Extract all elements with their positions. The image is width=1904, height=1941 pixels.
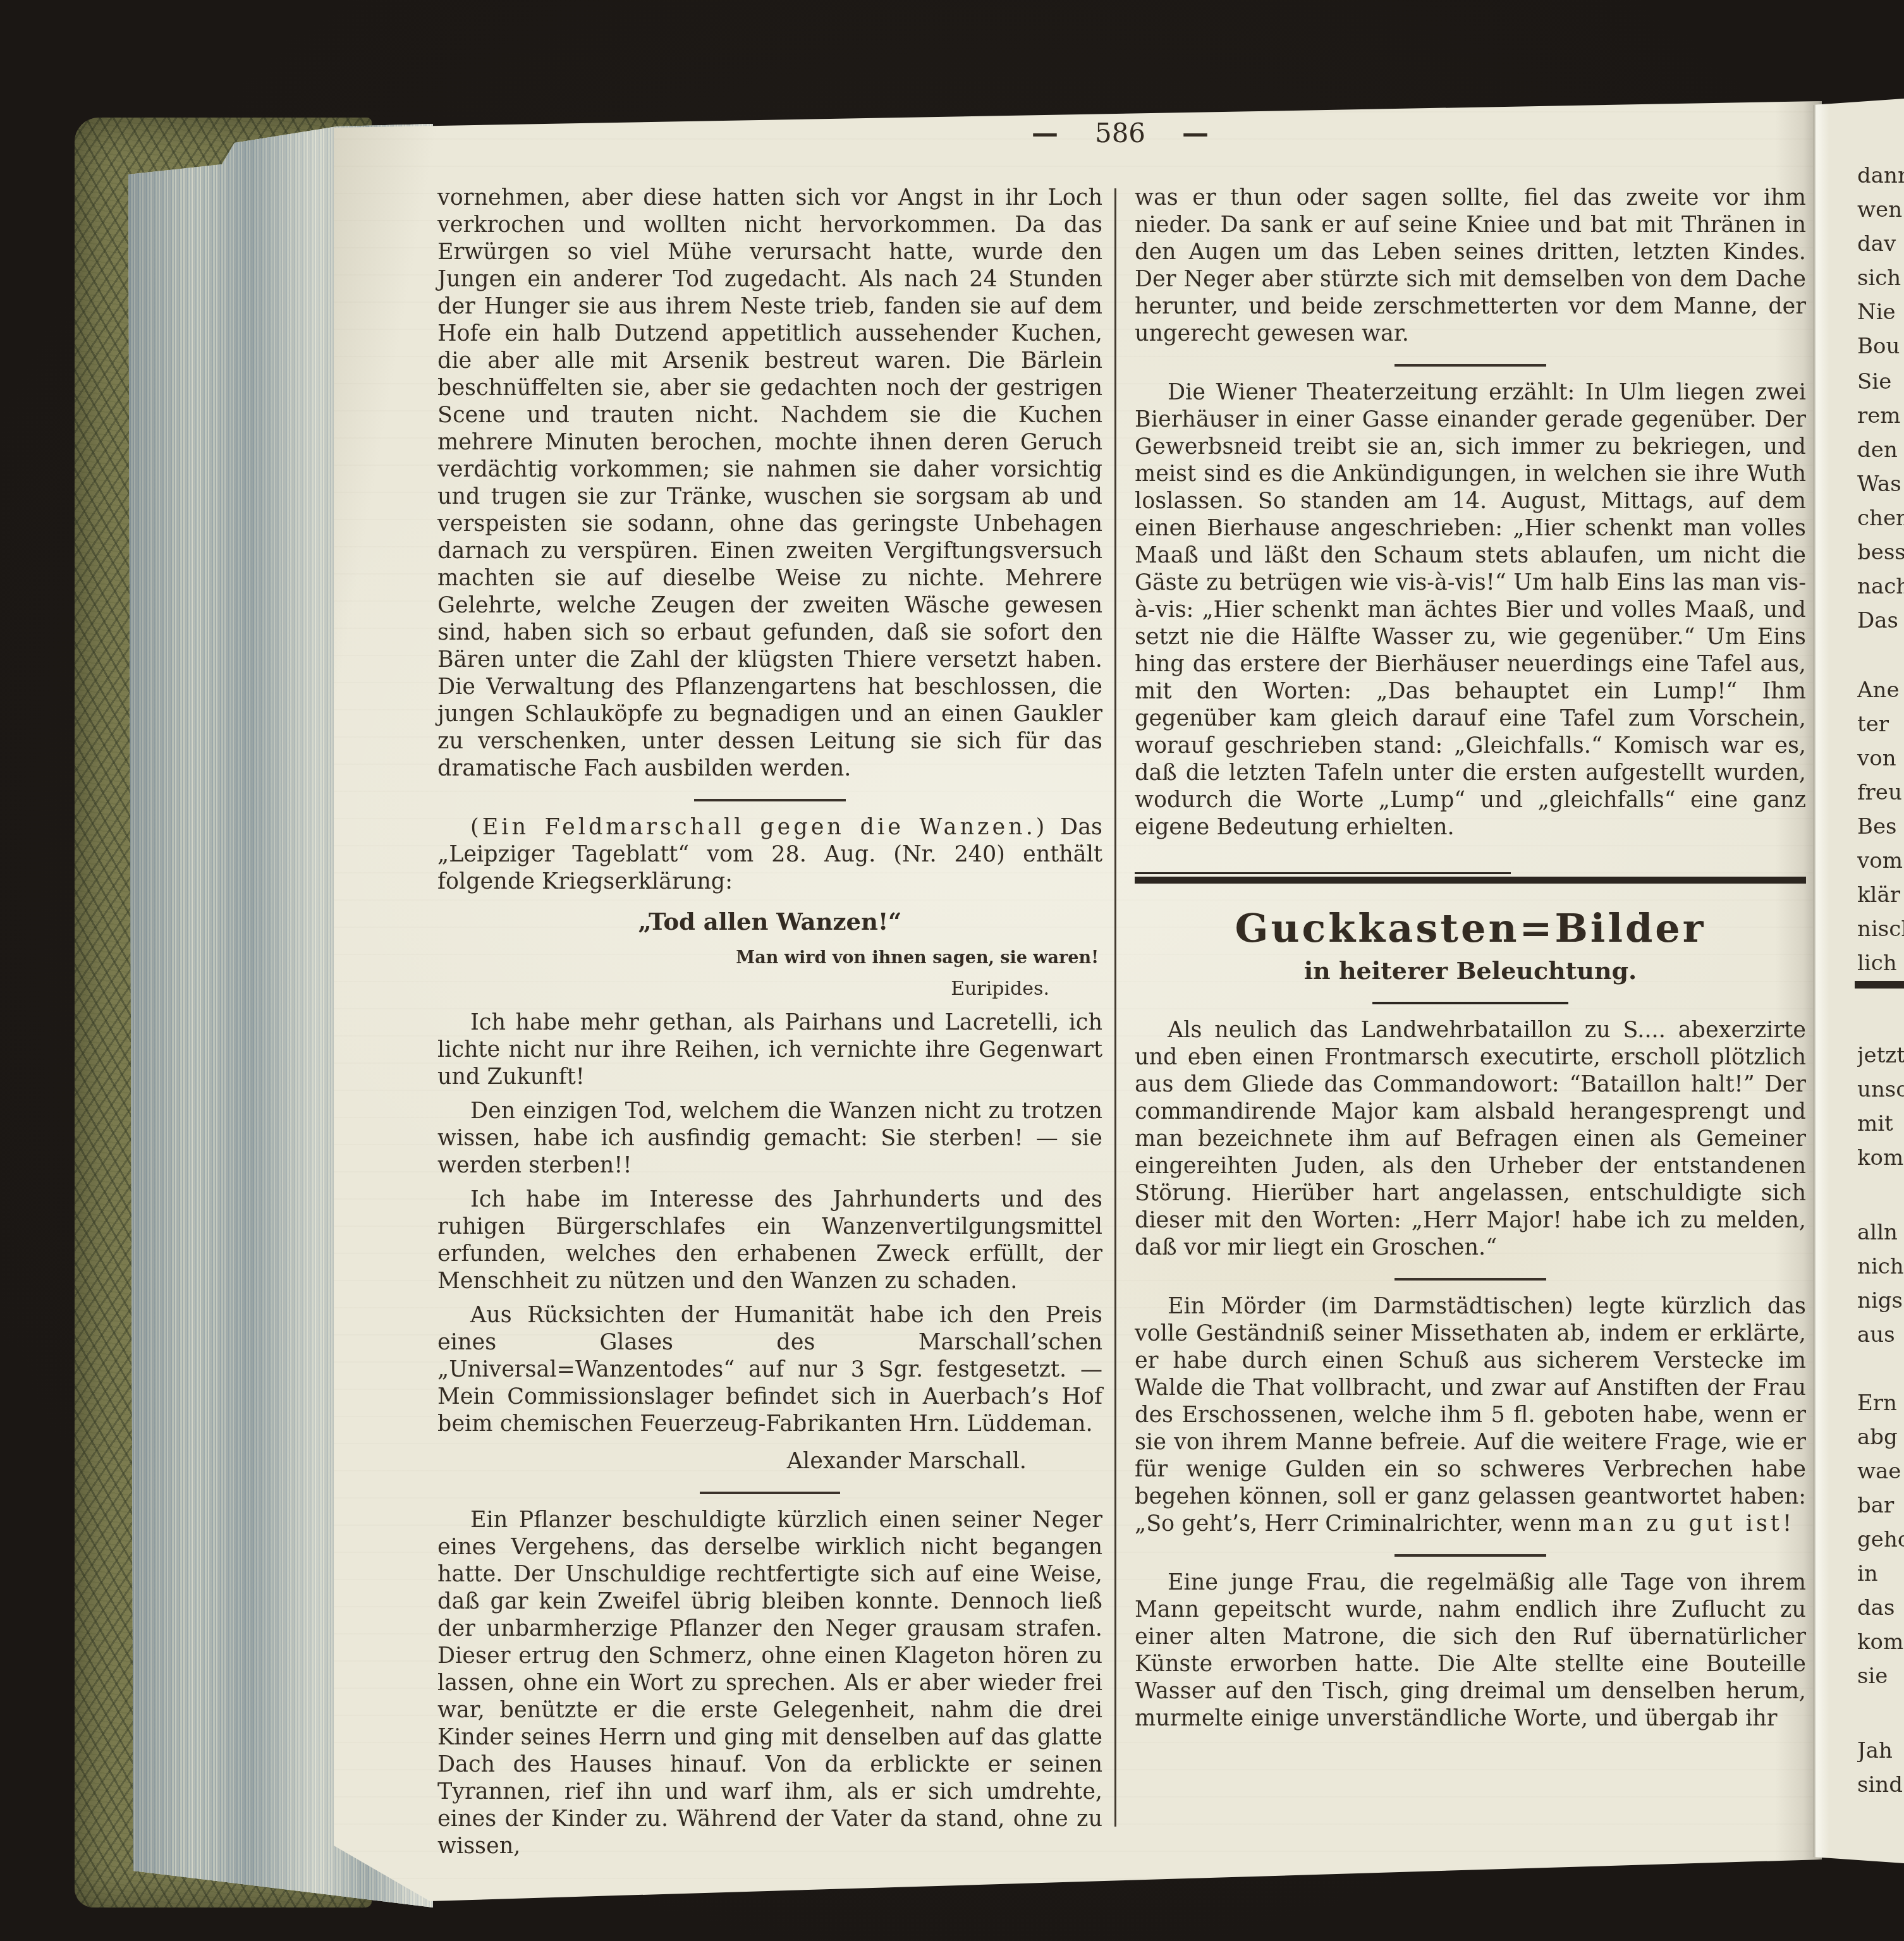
section-title: Guckkasten=Bilder [1135,906,1806,951]
next-page-text-fragment: unsch [1857,1077,1904,1102]
next-page-text-fragment: bar [1857,1493,1894,1518]
next-page-text-fragment: chen [1857,506,1904,531]
paragraph-planter: Ein Pflanzer beschuldigte kürzlich einen… [437,1507,1102,1860]
header-dash-left: — [1032,118,1058,149]
next-page-text-fragment: nach [1857,574,1904,599]
motto-attribution: Euripides. [437,975,1049,1002]
next-page-text-fragment: Ane [1857,678,1900,703]
next-page-text-fragment: bess [1857,540,1904,565]
next-page-text-fragment: klär [1857,882,1900,908]
next-page-text-fragment: geho [1857,1527,1904,1552]
paragraph-theaterzeitung: Die Wiener Theaterzeitung erzählt: In Ul… [1135,379,1806,841]
heading-underline-rule [1372,1002,1568,1004]
paragraph-declaration-1: Ich habe mehr gethan, als Pairhans und L… [437,1009,1102,1091]
section-separator-rule [694,799,846,801]
next-page-text-fragment: Sie [1857,369,1891,394]
next-page-text-fragment: aus [1857,1322,1895,1348]
next-page-text-fragment: nigs [1857,1288,1903,1313]
emphasized-closing-text: man zu gut ist! [1578,1511,1795,1536]
book-photo: — 586 — vornehmen, aber diese hatten sic… [0,0,1904,1941]
next-page-text-column: dannwendavsichNieBouSieremdenWaschenbess… [1857,0,1904,1941]
page-number-value: 586 [1095,118,1145,149]
next-page-text-fragment: wen [1857,197,1902,222]
next-page-text-fragment: wae [1857,1459,1901,1484]
signature-line: Alexander Marschall. [437,1448,1027,1475]
next-page-text-fragment: nich [1857,1254,1904,1279]
next-page-text-fragment: alln [1857,1220,1898,1245]
paragraph-bear-cubs: vornehmen, aber diese hatten sich vor An… [437,185,1102,782]
next-page-text-fragment: von [1857,746,1896,771]
next-page-text-fragment: sich [1857,265,1901,291]
motto-line: Man wird von ihnen sagen, sie waren! [437,944,1099,971]
header-dash-right: — [1182,118,1209,149]
next-page-text-fragment: kom [1857,1145,1903,1171]
next-page-text-fragment: rem [1857,403,1901,429]
column-divider-rule [1114,188,1116,1827]
page-number: — 586 — [931,118,1310,149]
next-page-text-fragment: jetzt [1857,1043,1904,1068]
next-page-text-fragment: kom [1857,1629,1903,1655]
paragraph-declaration-3: Ich habe im Interesse des Jahrhunderts u… [437,1186,1102,1295]
next-page-text-fragment: in [1857,1561,1878,1586]
next-page-text-fragment: Nie [1857,300,1896,325]
next-page-text-fragment: Ern [1857,1390,1897,1416]
next-page-text-fragment: Jah [1857,1738,1893,1763]
next-page-text-fragment: Was [1857,472,1901,497]
paragraph-text: Ein Mörder (im Darmstädtischen) legte kü… [1135,1294,1806,1536]
section-subtitle: in heiterer Beleuchtung. [1135,957,1806,984]
right-column: was er thun oder sagen sollte, fiel das … [1135,185,1806,1732]
section-separator-rule [1394,364,1546,367]
paragraph-junge-frau: Eine junge Frau, die regelmäßig alle Tag… [1135,1569,1806,1732]
section-separator-rule [700,1492,840,1494]
next-page-text-fragment: freu [1857,780,1902,805]
next-page-text-fragment: nisch [1857,916,1904,942]
next-page-text-fragment: vom [1857,848,1903,873]
proclamation-title: „Tod allen Wanzen!“ [437,908,1102,935]
paragraph-landwehr: Als neulich das Landwehrbataillon zu S..… [1135,1017,1806,1262]
paragraph-planter-continued: was er thun oder sagen sollte, fiel das … [1135,185,1806,348]
next-page-text-fragment: den [1857,437,1898,463]
next-page-text-fragment: sind [1857,1772,1903,1798]
next-page-text-fragment: Bes [1857,814,1897,839]
next-page-text-fragment: sie [1857,1664,1888,1689]
next-page-text-fragment: das [1857,1595,1895,1621]
next-page-text-fragment: Bou [1857,334,1900,359]
next-page-text-fragment: abg [1857,1425,1898,1450]
paragraph-declaration-2: Den einzigen Tod, welchem die Wanzen nic… [437,1098,1102,1179]
paragraph-declaration-4: Aus Rücksichten der Humanität habe ich d… [437,1302,1102,1438]
next-page-text-fragment: Das [1857,608,1898,633]
emphasized-heading-text: (Ein Feldmarschall gegen die Wanzen.) [470,815,1047,840]
section-heading-thick-rule [1135,877,1806,884]
next-page-text-fragment: dann [1857,163,1904,188]
next-page-text-fragment: dav [1857,231,1896,257]
next-page-text-fragment: ter [1857,712,1889,737]
left-column: vornehmen, aber diese hatten sich vor An… [437,185,1102,1860]
section-separator-rule [1394,1554,1546,1557]
paragraph-feldmarschall: (Ein Feldmarschall gegen die Wanzen.) Da… [437,814,1102,896]
paragraph-moerder: Ein Mörder (im Darmstädtischen) legte kü… [1135,1293,1806,1538]
next-page-text-fragment: mit [1857,1111,1893,1136]
next-page-text-fragment: lich [1857,951,1897,976]
section-separator-rule [1394,1278,1546,1281]
